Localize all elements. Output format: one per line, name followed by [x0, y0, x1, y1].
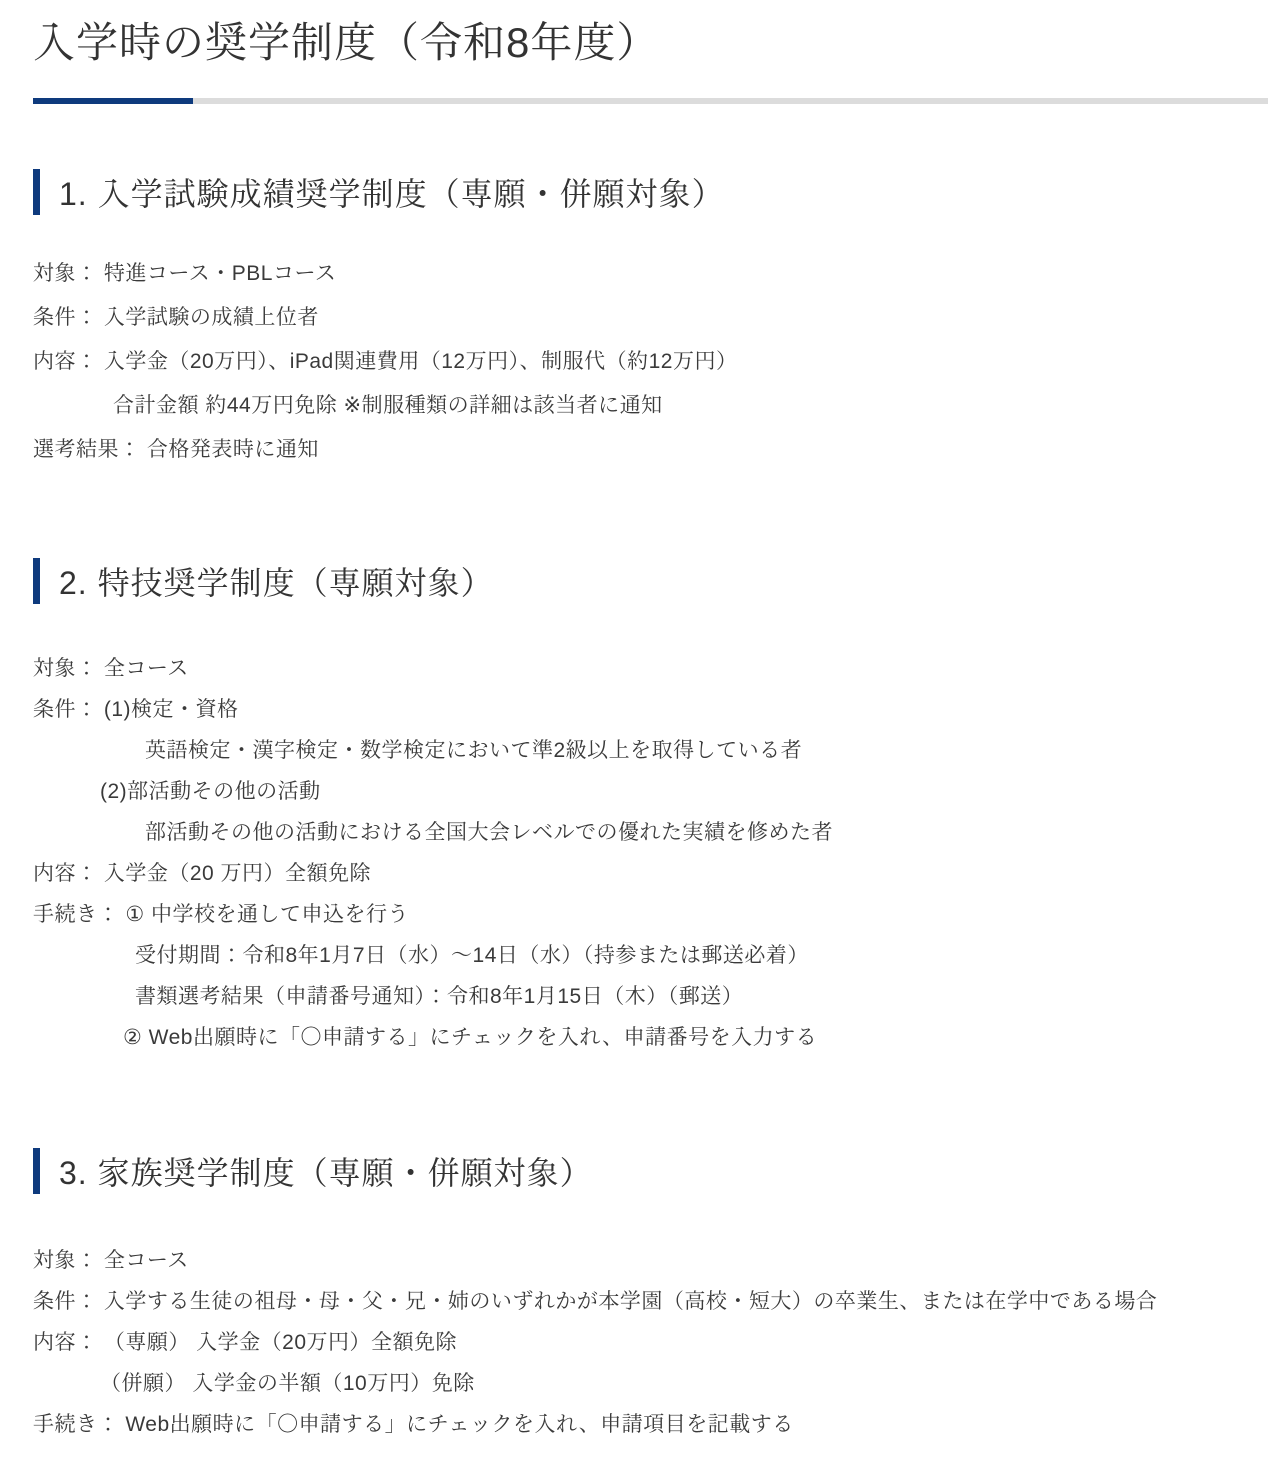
section-heading-3-text: 3. 家族奨学制度（専願・併願対象） [59, 1148, 593, 1194]
section-body-2: 対象： 全コース条件： (1)検定・資格英語検定・漢字検定・数学検定において準2… [33, 648, 1258, 1058]
heading-accent-bar [33, 1148, 40, 1194]
title-divider-accent [33, 98, 193, 104]
text-line: 対象： 特進コース・PBLコース [33, 252, 1258, 296]
text-line: 対象： 全コース [33, 648, 1258, 689]
text-line: 内容： 入学金（20 万円）全額免除 [33, 853, 1258, 894]
text-line: 条件： 入学試験の成績上位者 [33, 296, 1258, 340]
text-line: 内容： 入学金（20万円）、iPad関連費用（12万円）、制服代（約12万円） [33, 340, 1258, 384]
text-line: 英語検定・漢字検定・数学検定において準2級以上を取得している者 [33, 730, 1258, 771]
text-line: 条件： (1)検定・資格 [33, 689, 1258, 730]
section-body-1: 対象： 特進コース・PBLコース条件： 入学試験の成績上位者内容： 入学金（20… [33, 252, 1258, 472]
text-line: （併願） 入学金の半額（10万円）免除 [33, 1363, 1258, 1404]
text-line: 手続き： Web出願時に「〇申請する」にチェックを入れ、申請項目を記載する [33, 1404, 1258, 1445]
text-line: (2)部活動その他の活動 [33, 771, 1258, 812]
page-title: 入学時の奨学制度（令和8年度） [33, 18, 659, 68]
section-heading-1-text: 1. 入学試験成績奨学制度（専願・併願対象） [59, 169, 725, 215]
text-line: 部活動その他の活動における全国大会レベルでの優れた実績を修めた者 [33, 812, 1258, 853]
section-heading-3: 3. 家族奨学制度（専願・併願対象） [33, 1148, 593, 1194]
section-body-3: 対象： 全コース条件： 入学する生徒の祖母・母・父・兄・姉のいずれかが本学園（高… [33, 1240, 1258, 1445]
scholarship-info-page: 入学時の奨学制度（令和8年度） 1. 入学試験成績奨学制度（専願・併願対象） 対… [0, 0, 1268, 1468]
text-line: 内容： （専願） 入学金（20万円）全額免除 [33, 1322, 1258, 1363]
title-divider [33, 98, 1268, 104]
text-line: 選考結果： 合格発表時に通知 [33, 428, 1258, 472]
text-line: 対象： 全コース [33, 1240, 1258, 1281]
text-line: 合計金額 約44万円免除 ※制服種類の詳細は該当者に通知 [33, 384, 1258, 428]
text-line: 受付期間：令和8年1月7日（水）～14日（水）（持参または郵送必着） [33, 935, 1258, 976]
section-heading-2-text: 2. 特技奨学制度（専願対象） [59, 558, 494, 604]
text-line: ② Web出願時に「〇申請する」にチェックを入れ、申請番号を入力する [33, 1017, 1258, 1058]
text-line: 条件： 入学する生徒の祖母・母・父・兄・姉のいずれかが本学園（高校・短大）の卒業… [33, 1281, 1258, 1322]
text-line: 書類選考結果（申請番号通知）：令和8年1月15日（木）（郵送） [33, 976, 1258, 1017]
heading-accent-bar [33, 558, 40, 604]
section-heading-1: 1. 入学試験成績奨学制度（専願・併願対象） [33, 169, 725, 215]
text-line: 手続き： ① 中学校を通して申込を行う [33, 894, 1258, 935]
section-heading-2: 2. 特技奨学制度（専願対象） [33, 558, 494, 604]
heading-accent-bar [33, 169, 40, 215]
